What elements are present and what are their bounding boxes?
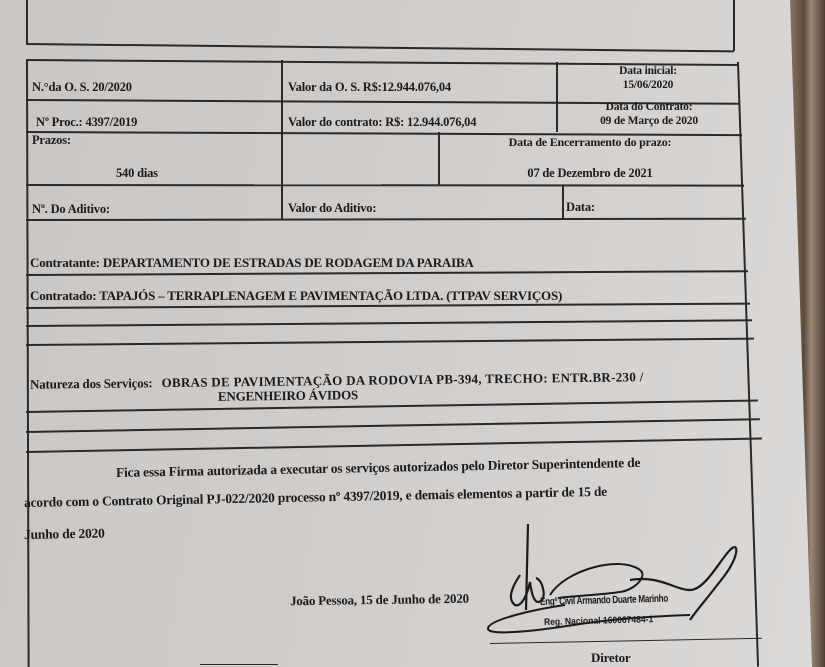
contracting-party: Contratante: DEPARTAMENTO DE ESTRADAS DE… <box>30 255 474 271</box>
contract-value: Valor do contrato: R$: 12.944.076,04 <box>288 115 476 130</box>
row-line-3 <box>26 184 744 187</box>
addendum-date-label: Data: <box>566 200 595 215</box>
start-date-label: Data inicial: <box>560 65 736 77</box>
deadline-label: Prazos: <box>32 133 71 148</box>
top-box-bottom-border <box>26 43 734 52</box>
os-number: N.°da O. S. 20/2020 <box>32 80 132 95</box>
authorization-line-2: acordo com o Contrato Original PJ-022/20… <box>24 484 607 511</box>
row-line-8 <box>26 338 754 346</box>
services-line-1: OBRAS DE PAVIMENTAÇÃO DA RODOVIA PB-394,… <box>161 369 643 390</box>
deadline-end-date: 07 de Dezembro de 2021 <box>440 166 740 181</box>
document-page: N.°da O. S. 20/2020 Valor da O. S. R$:12… <box>0 0 812 667</box>
authorization-line-1: Fica essa Firma autorizada a executar os… <box>116 455 641 481</box>
col-divider-1 <box>281 60 283 220</box>
row-line-5 <box>26 270 748 276</box>
row-line-11 <box>26 438 762 453</box>
deadline-end-label: Data de Encerramento do prazo: <box>440 135 740 150</box>
signer-title: Diretor <box>591 650 631 666</box>
contract-date-label: Data do Contrato: <box>560 101 738 113</box>
col-divider-2c <box>562 185 564 220</box>
contracted-party: Contratado: TAPAJÓS – TERRAPLENAGEM E PA… <box>30 288 562 304</box>
row-line-9 <box>26 400 758 413</box>
bottom-left-stub-line <box>200 664 278 665</box>
start-date-value: 15/06/2020 <box>560 79 736 91</box>
row-line-10 <box>26 418 760 433</box>
deadline-value: 540 dias <box>116 166 158 181</box>
process-number: Nº Proc.: 4397/2019 <box>36 115 137 130</box>
place-and-date: João Pessoa, 15 de Junho de 2020 <box>290 591 469 609</box>
contract-date-value: 09 de Março de 2020 <box>560 115 738 127</box>
services-line-2: ENGENHEIRO ÁVIDOS <box>218 387 358 405</box>
row-line-4 <box>26 218 746 221</box>
authorization-line-3: Junho de 2020 <box>24 525 105 543</box>
addendum-number-label: Nº. Do Aditivo: <box>32 202 110 217</box>
row-line-7 <box>26 319 752 327</box>
top-box-left-border <box>26 0 28 44</box>
services-label-text: Natureza dos Serviços: <box>30 375 153 391</box>
os-value: Valor da O. S. R$:12.944.076,04 <box>288 80 451 95</box>
addendum-value-label: Valor do Aditivo: <box>288 201 376 216</box>
top-box-right-border <box>733 0 735 51</box>
col-divider-2a <box>556 62 558 132</box>
table-left-border <box>26 59 30 667</box>
